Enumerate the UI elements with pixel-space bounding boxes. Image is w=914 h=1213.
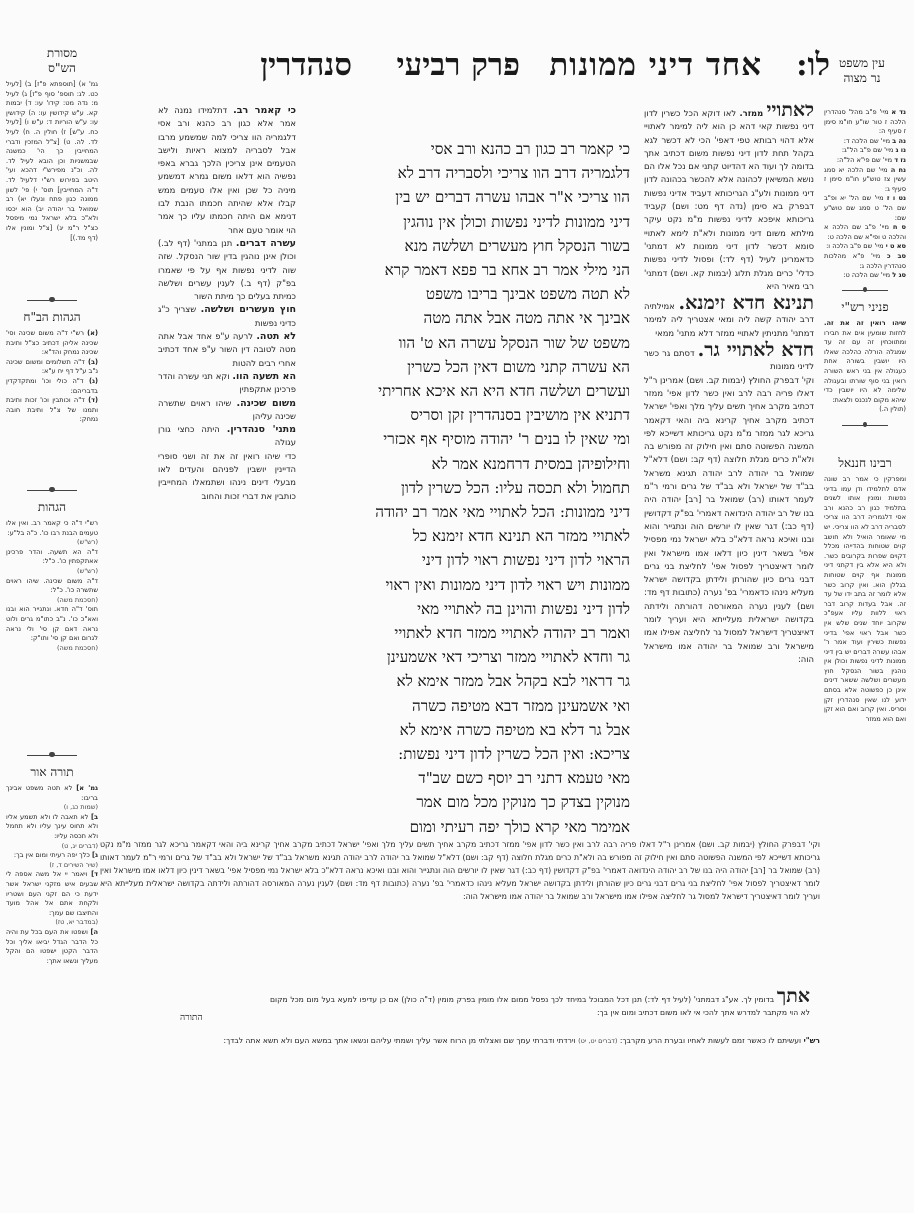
rabbeinu-chananel-column: רבינו חננאל ומפרקין כי אמר רב שונה אדם ל… (824, 450, 906, 1010)
gemara-line: ממונות ויש ראוי לדון דיני ממונות ואין רא… (300, 573, 630, 597)
hagahot-entry: ד"ה משום שכינה. שיהו ראוים שתשרה כו'. כ"… (6, 577, 98, 596)
hagahot-ref: (רש"ש) (6, 567, 98, 577)
gemara-line: הראוי לדון דיני נפשות ראוי לדון דיני (300, 548, 630, 572)
ornament-divider (27, 296, 78, 304)
gemara-line: אבל גר דלא בא מטיפה כשרה אימא לא (300, 718, 630, 742)
margin-header-ein-mishpat: עין משפט נר מצוה (822, 56, 902, 86)
torah-or-title: תורה אור (6, 765, 98, 780)
rashi-opening: כי קאמר רב. (233, 105, 296, 116)
hagahot-habach-entry: (א) רש"י ד"ה משום שכינה וסי' שכינה אליהן… (6, 329, 98, 358)
bottom-rashi-label: רש"י (803, 1036, 820, 1045)
hagahot-habach-entry: (ג) ד"ה כולי וכו' ומתקדקדין בדבריהם: (6, 377, 98, 396)
hagahot-ref: (רש"ש) (6, 538, 98, 548)
gemara-line: בשור הנסקל חוץ מעשרים ושלשה מנא (300, 234, 630, 258)
rashi-entry: מתני' סנהדרין. היתה כחצי גורן עגולה (158, 423, 296, 450)
ein-mishpat-title-2: נר מצוה (822, 71, 902, 86)
bottom-tosafot-text: אתך בדומין לך. אע"ג דבמתני' (לעיל דף לד:… (270, 990, 810, 1019)
tosafot-continuation: וקי' דבפרק החולץ (יבמות קב. ושם) אמרינן … (644, 374, 814, 667)
ein-mishpat-entry: סג ל מיי' שם הלכה ט: (824, 271, 906, 278)
gemara-line: גר דראוי לבא בקהל אבל ממזר אימא לא (300, 669, 630, 693)
hagahot-box: הגהות רש"י ד"ה כי קאמר רב. ואין אלו טעמי… (6, 480, 98, 750)
ein-mishpat-entry: נו ג מיי' שם פ"ב הל"ג: (824, 146, 906, 156)
bottom-rashi-ref: (דברים יט, יט) (578, 1037, 617, 1045)
gemara-line: לדון דיני נפשות והוינן בה לאתויי מאי (300, 597, 630, 621)
masoret-hashas-text: גמ' א) [תוספתא פ"ז] ב) [לעיל כט. לג: תוס… (6, 80, 98, 243)
torah-or-box: תורה אור גמ' א] לא תטה משפט אבינך בריבו:… (6, 745, 98, 1035)
rabbeinu-chananel-title: רבינו חננאל (824, 456, 906, 471)
torah-or-entry: ד] ויאמר יי אל משה אספה לי שבעים איש מזק… (6, 870, 98, 918)
torah-or-ref: (שיר השירים ד, ז) (6, 861, 98, 871)
gemara-line: דלגמריה דרב הוו צריכי ולסבריה דרב לא (300, 161, 630, 185)
tosafot-opening-word: לאתויי (767, 104, 815, 121)
gemara-column: כי קאמר רב כגון רב כהנא ורב אסי דלגמריה … (300, 137, 630, 837)
ornament-divider (842, 421, 887, 429)
page-header: לו: אחד דיני ממונות פרק רביעי סנהדרין (90, 47, 830, 87)
gemara-line: ומי שאין לו בנים ר' יהודה מוסיף אף אכזרי (300, 427, 630, 451)
rabbeinu-chananel-text: ומפרקין כי אמר רב שונה אדם לתלמידו ודן ע… (824, 475, 906, 724)
hagahot-habach-entry: (ד) ד"ה וכותבין וכו' זכות ותיבת ותמנו של… (6, 396, 98, 425)
rashi-entry: חוץ מעשרים ושלשה. שצריך כ"ג כדיני נפשות (158, 303, 296, 330)
tosafot-column: לאתויי ממזר. לאו דוקא הכל כשרין לדון דינ… (644, 104, 814, 834)
ein-mishpat-entry: נד א מיי' פ"ב מהל' סנהדרין הלכה ז טור שו… (824, 108, 906, 137)
torah-or-entry: גמ' א] לא תטה משפט אבינך בריבו: (6, 784, 98, 803)
pnei-rashi-text: שיהו רואין זה את זה. לחזות שומעין אים את… (824, 319, 906, 405)
gemara-line: דיני ממונות: הכל לאתויי מאי אמר רב יהודה (300, 500, 630, 524)
bottom-torah-verse: וירדתי ודברתי עמך שם ואצלתי מן הרוח אשר … (224, 1036, 576, 1045)
torah-or-entry: ה] ושפטו את העם בכל עת והיה כל הדבר הגדל… (6, 928, 98, 966)
hagahot-ref: (חסכמת משה) (6, 644, 98, 654)
gemara-line: מאי טעמא דתני רב יוסף כשם שב"ד (300, 766, 630, 790)
gemara-line: תחמול ולא תכסה עליו: הכל כשרין לדון (300, 476, 630, 500)
perek-title: פרק רביעי (397, 47, 520, 83)
rashi-entry: לא תטה. לרעה ע"פ אחד אבל אתה מטה לטובה ד… (158, 330, 296, 370)
daf-number: לו: (796, 47, 830, 83)
gemara-line: ועשרים ושלשה חדא היא הא איכא אחריתי (300, 379, 630, 403)
gemara-line: הוו צריכי א"ר אבהו עשרה דברים יש בין (300, 185, 630, 209)
tosafot-entry: תנינא חדא זימנא. אמילתיה דרב יהודה קשה ל… (644, 297, 814, 340)
torah-or-ref: (דברים יג, ט) (6, 842, 98, 852)
gemara-line: צריכא: ואין הכל כשרין לדון דיני נפשות: (300, 742, 630, 766)
chapter-title: אחד דיני ממונות (549, 47, 762, 83)
rashi-entry: משום שכינה. שיהו ראוים שתשרה שכינה עליהן (158, 397, 296, 424)
bottom-rashi-text: ועשיתם לו כאשר זמם לעשות לאחיו ובערת הרע… (620, 1036, 801, 1045)
gemara-line: וחילופיהן במסית דרחמנא אמר לא (300, 452, 630, 476)
hagahot-title: הגהות (6, 500, 98, 515)
hagahot-entry: תוס' ד"ה חדא. ונתגייר הוא ובנו ואא"כ כו'… (6, 605, 98, 643)
hagahot-entry: ד"ה הא תשעה. והדר פרכינן אאתקפתין כו'. כ… (6, 548, 98, 567)
gemara-line: אמימר מאי קרא כולך יפה רעיתי ומום (300, 815, 630, 837)
rashi-entry: עשרה דברים. תנן במתני' (דף לב.) וכולן אי… (158, 237, 296, 303)
torah-or-ref: (שמות כג, ו) (6, 803, 98, 813)
tosafot-entry: חדא לאתויי גר. דסתם גר כשר לדיני ממונות (644, 344, 814, 374)
masoret-hashas-column: גמ' א) [תוספתא פ"ז] ב) [לעיל כט. לג: תוס… (6, 80, 98, 300)
tosafot-text: לאתויי ממזר. לאו דוקא הכל כשרין לדון דינ… (644, 104, 814, 293)
hagahot-entry: רש"י ד"ה כי קאמר רב. ואין אלו טעמים הבנת… (6, 519, 98, 538)
ein-mishpat-entry: נח ה מיי' שם הלכה יא סמג עשין צז טוש"ע ח… (824, 166, 906, 195)
pnei-rashi-ref: (תולין ה.) (824, 405, 906, 415)
gemara-line: מנוקין בצדק כך מנוקין מכל מום אמר (300, 790, 630, 814)
gemara-line: הני מילי אמר רב אחא בר פפא דאמר קרא (300, 258, 630, 282)
gemara-line: דיני ממונות לדיני נפשות וכולן אין נוהגין (300, 210, 630, 234)
pnei-rashi-box: פניני רש"י שיהו רואין זה את זה. לחזות שו… (824, 280, 906, 440)
hagahot-habach-box: הגהות הב"ח (א) רש"י ד"ה משום שכינה וסי' … (6, 290, 98, 480)
gemara-line: דתניא אין מושיבין בסנהדרין זקן וסריס (300, 403, 630, 427)
ein-mishpat-column: נד א מיי' פ"ב מהל' סנהדרין הלכה ז טור שו… (824, 108, 906, 278)
ein-mishpat-entry: סב כ מיי' פ"א מהלכות סנהדרין הלכה ג: (824, 252, 906, 271)
bottom-tosafot: אתך בדומין לך. אע"ג דבמתני' (לעיל דף לד:… (270, 990, 810, 1030)
hagahot-habach-entry: (ב) ד"ה תשלומים ומשום שכינה נ"ב ע"ל דף י… (6, 358, 98, 377)
gemara-line: כי קאמר רב כגון רב כהנא ורב אסי (300, 137, 630, 161)
lower-commentary-text: וקי' דבפרק החולץ (יבמות קב. ושם) אמרינן … (100, 838, 820, 903)
gemara-line: הא עשרה קתני משום דאין הכל כשרין (300, 355, 630, 379)
torah-or-entry: ב] לא תאבה לו ולא תשמע אליו ולא תחוס עינ… (6, 813, 98, 842)
rashi-text: כי קאמר רב. דתלמידו נמנה לא אמר אלא כגון… (158, 104, 296, 237)
hagahot-habach-title: הגהות הב"ח (6, 310, 98, 325)
ein-mishpat-entry: סא ט י מיי' שם פ"ב הלכה ו: (824, 242, 906, 252)
rashi-column: כי קאמר רב. דתלמידו נמנה לא אמר אלא כגון… (158, 104, 296, 834)
hatorah-label: התורה (180, 1012, 203, 1023)
torah-or-entry: ג] כלך יפה רעיתי ומום אין בך: (6, 851, 98, 861)
gemara-line: ואי אשמעינן ממזר דבא מטיפה כשרה (300, 694, 630, 718)
rashi-continuation: כדי שיהו רואין זה את זה ושני סופרי הדיינ… (158, 450, 296, 503)
hagahot-ref: (חסכמת משה) (6, 596, 98, 606)
ein-mishpat-entry: נז ד מיי' שם פי"א הל"ה: (824, 156, 906, 166)
torah-or-ref: (במדבר יא, טז) (6, 918, 98, 928)
ein-mishpat-entry: ס ח מיי' פ"ב שם הלכה א והלכה ט ופי"א שם … (824, 223, 906, 242)
ornament-divider (27, 486, 78, 494)
gemara-line: משפט של שור הנסקל עשרה הא ט' הוו (300, 331, 630, 355)
pnei-rashi-title: פניני רש"י (824, 300, 906, 315)
tractate-title: סנהדרין (260, 47, 352, 83)
rashi-entry: הא תשעה הוו. וקא תני עשרה והדר פרכינן את… (158, 370, 296, 397)
ein-mishpat-title-1: עין משפט (822, 56, 902, 71)
bottom-rashi-line: רש"י ועשיתם לו כאשר זמם לעשות לאחיו ובער… (100, 1034, 820, 1050)
gemara-line: אבינך אי אתה מטה אבל אתה מטה (300, 306, 630, 330)
gemara-line: לאתויי ממזר הא תנינא חדא זימנא כל (300, 524, 630, 548)
gemara-line: גר וחדא לאתויי ממזר וצריכי דאי אשמעינן (300, 645, 630, 669)
gemara-line: לא תטה משפט אבינך בריבו משפט (300, 282, 630, 306)
ein-mishpat-entry: נה ב מיי' שם הלכה ד: (824, 137, 906, 147)
gemara-line: ואמר רב יהודה לאתויי ממזר חדא לאתויי (300, 621, 630, 645)
lower-commentary: וקי' דבפרק החולץ (יבמות קב. ושם) אמרינן … (100, 838, 820, 988)
ornament-divider (27, 751, 78, 759)
ornament-divider (842, 286, 887, 294)
ein-mishpat-entry: נט ו ז מיי' שם הל' יא ופ"ב שם הל' ט סמג … (824, 194, 906, 223)
